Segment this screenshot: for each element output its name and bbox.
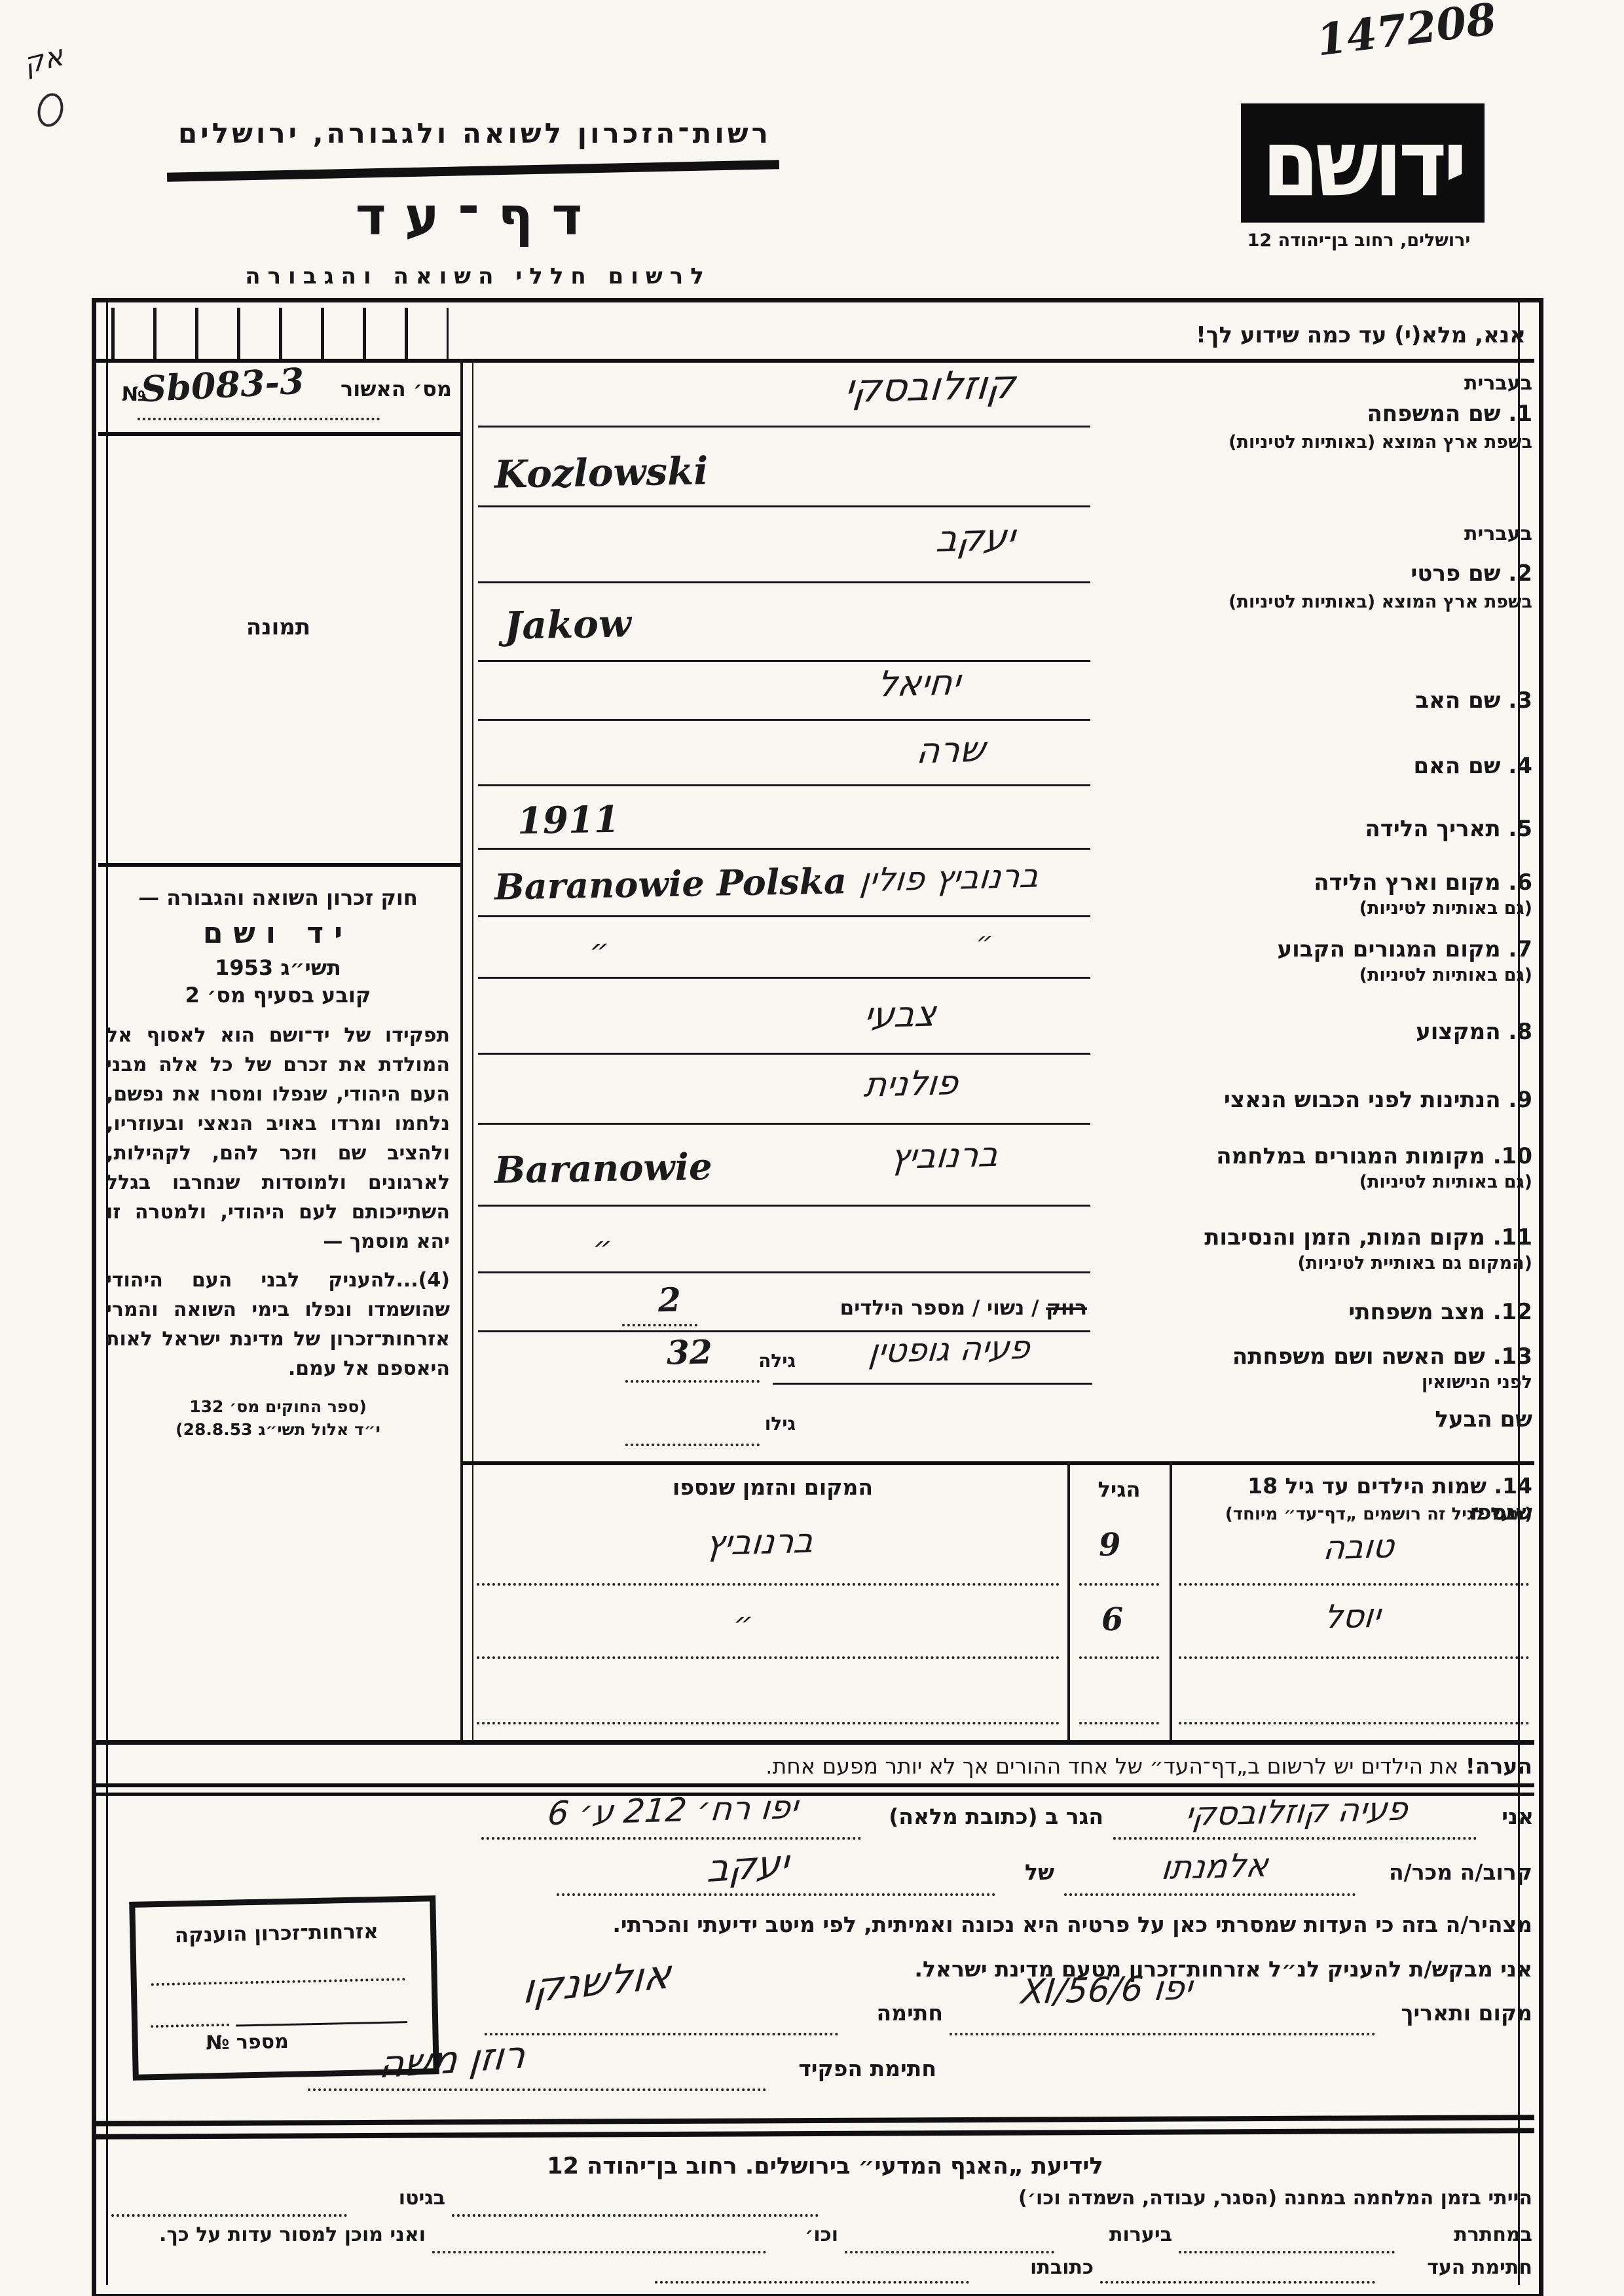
field6-line — [478, 915, 1090, 917]
child1-place-entry: ברנוביץ — [620, 1520, 900, 1566]
field5-entry: 1911 — [517, 798, 619, 843]
field8-entry: צבעי — [862, 993, 938, 1036]
husband-age-label: גילו — [737, 1413, 796, 1435]
field13-age-label: גילה — [737, 1350, 796, 1372]
footer-forests-line — [845, 2251, 1054, 2253]
form-subtitle: לרשום חללי השואה והגבורה — [216, 263, 740, 290]
field13-sub-label: לפני הנישואין — [1103, 1372, 1532, 1394]
field10-hebrew-entry: ברנוביץ — [889, 1135, 1000, 1177]
decl-of-entry: יעקב — [706, 1841, 790, 1891]
footer-witness-signature-line — [1100, 2281, 1375, 2284]
children-note-text: את הילדים יש לרשום ב„דף־העד״ של אחד ההור… — [766, 1753, 1466, 1779]
field3-label: 3. שם האב — [1103, 687, 1532, 714]
children-table-top-line — [462, 1461, 1534, 1465]
field2-hebrew-entry: יעקב — [934, 516, 1017, 560]
field12-option-single: רווק — [1046, 1296, 1087, 1320]
decl-signature-line — [485, 2033, 838, 2035]
child-row1-name-line — [1179, 1583, 1529, 1586]
footer-ghetto-label: בגיטו — [354, 2187, 445, 2211]
field4-entry: שרה — [915, 729, 987, 772]
field2-line-hebrew — [478, 581, 1090, 583]
logo-address: ירושלים, רחוב בן־יהודה 12 — [1205, 230, 1513, 252]
field7-line — [478, 977, 1090, 979]
footer-ready-label: ואני מוכן למסור עדות על כך. — [111, 2223, 426, 2248]
field6-sub-label: (גם באותיות לטיניות) — [1103, 898, 1532, 920]
field9-line — [478, 1123, 1090, 1125]
clerk-signature-line — [308, 2088, 766, 2091]
child-row1-age-line — [1079, 1583, 1159, 1586]
child2-place-entry: ״ — [731, 1605, 754, 1641]
field12-options: רווק / נשוי / מספר הילדים — [694, 1296, 1087, 1321]
field12-label: 12. מצב משפחתי — [1103, 1299, 1532, 1326]
header-divider-line — [96, 359, 1534, 363]
field11-line — [478, 1271, 1090, 1273]
decl-relation-line — [1064, 1893, 1356, 1896]
note-bottom-line-1 — [96, 1783, 1534, 1787]
field11-label: 11. מקום המות, הזמן והנסיבות — [1103, 1224, 1532, 1251]
field7-ditto-entry: ״ — [587, 932, 610, 968]
field13-age-dotted-line — [625, 1380, 760, 1383]
field13-wife-name-entry: פעיה גופטין — [803, 1326, 1096, 1372]
field14-sub-label: (מעל לגיל זה רושמים „דף־עד״ מיוחד) — [1179, 1504, 1532, 1525]
field1-sub-label: בשפת ארץ המוצא (באותיות לטיניות) — [1103, 432, 1532, 454]
decl-statement: מצהיר/ה בזה כי העדות שמסרתי כאן על פרטיה… — [475, 1912, 1532, 1938]
archive-number-handwritten: 147208 — [1314, 0, 1499, 65]
field12-option-rest: / נשוי / מספר הילדים — [840, 1296, 1046, 1320]
footer-underground-line — [1179, 2251, 1395, 2253]
photo-label: תמונה — [196, 614, 360, 641]
approval-row-bottom-line — [98, 432, 462, 436]
column-divider-inner — [472, 359, 473, 1741]
testimony-page-document: 147208 אק רשות־הזכרון לשואה ולגבורה, ירו… — [0, 0, 1624, 2296]
child-row2-place-line — [477, 1656, 1060, 1659]
stamp-number-label: מספר № — [151, 2030, 289, 2057]
corner-scribble-text: אק — [20, 39, 67, 81]
child-row2-name-line — [1179, 1656, 1529, 1659]
law-text-block: חוק זכרון השואה והגבורה — יד ושם תשי״ג 1… — [106, 885, 450, 1441]
memorial-citizenship-stamp-box: אזרחות־זכרון הוענקה מספר № — [129, 1895, 439, 2081]
field8-label: 8. המקצוע — [1103, 1019, 1532, 1046]
field6-label: 6. מקום וארץ הלידה — [1103, 869, 1532, 896]
field12-entry: 2 — [657, 1281, 681, 1320]
field7-label: 7. מקום המגורים הקבוע — [1103, 936, 1532, 963]
law-line-3: תשי״ג 1953 — [106, 955, 450, 980]
field10-line — [478, 1205, 1090, 1207]
law-paragraph-1: תפקידו של יד־ושם הוא לאסוף אל המולדת את … — [106, 1021, 450, 1256]
field9-entry: פולנית — [862, 1063, 960, 1105]
decl-relation-label: קרוב/ה מכר/ה — [1365, 1859, 1532, 1886]
field11-sub-label: (המקום גם באותיית לטיניות) — [1103, 1253, 1532, 1275]
children-table-bottom-line — [96, 1740, 1534, 1745]
form-title: דף־עד — [314, 185, 642, 249]
field13-line — [773, 1383, 1092, 1385]
field10-latin-entry: Baranowie — [494, 1145, 712, 1192]
field2-hebrew-label: בעברית — [1103, 522, 1532, 547]
field1-label: 1. שם המשפחה — [1103, 401, 1532, 428]
field2-line-latin — [478, 660, 1090, 662]
decl-place-date-line — [950, 2033, 1375, 2035]
footer-etc-label: וכו׳ — [773, 2223, 838, 2248]
field1-line-hebrew — [478, 426, 1090, 428]
footer-forests-label: ביערות — [1061, 2223, 1172, 2248]
children-place-column-header: המקום והזמן שנספו — [498, 1474, 1048, 1501]
child1-age-entry: 9 — [1099, 1527, 1121, 1564]
decl-relation-entry: אלמנתו — [1085, 1844, 1345, 1889]
law-reference-line2: י״ד אלול תשי״ג 28.8.53) — [175, 1420, 380, 1439]
field13-age-entry: 32 — [666, 1332, 712, 1372]
photo-box-bottom-line — [98, 863, 462, 867]
footer-title: לידיעת „האגף המדעי״ בירושלים. רחוב בן־יה… — [367, 2153, 1283, 2181]
child2-age-entry: 6 — [1101, 1601, 1124, 1639]
husband-name-label: שם הבעל — [1103, 1406, 1532, 1433]
logo-text: ידושם — [1262, 109, 1464, 217]
law-line-4: קובע בסעיף מס׳ 2 — [106, 983, 450, 1008]
field5-label: 5. תאריך הלידה — [1103, 816, 1532, 843]
children-table-divider-2 — [1170, 1461, 1172, 1740]
child2-name-entry: יוסל — [1255, 1595, 1449, 1638]
field1-line-latin — [478, 505, 1090, 507]
field2-latin-entry: Jakow — [504, 601, 631, 647]
field6-latin-entry: Baranowie Polska — [494, 860, 847, 907]
decl-resides-label: הגר ב (כתובת מלאה) — [868, 1804, 1103, 1830]
footer-address-label: כתובתו — [976, 2256, 1094, 2280]
law-reference: (ספר החוקים מס׳ 132 י״ד אלול תשי״ג 28.8.… — [106, 1395, 450, 1441]
law-line-1: חוק זכרון השואה והגבורה — — [106, 885, 450, 910]
authority-title: רשות־הזכרון לשואה ולגבורה, ירושלים — [164, 117, 786, 150]
field11-ditto-entry: ״ — [591, 1230, 614, 1266]
field1-hebrew-label: בעברית — [1103, 372, 1532, 396]
footer-etc-line — [432, 2251, 766, 2253]
approval-number-line — [138, 418, 380, 420]
decl-place-date-entry: יפו 6/XI/56 — [1020, 1969, 1194, 2013]
column-divider — [460, 359, 463, 1741]
field4-label: 4. שם האם — [1103, 753, 1532, 780]
approval-number-handwritten: Sb083-3 — [139, 360, 304, 410]
field5-line — [478, 848, 1090, 850]
child-row3-name-line — [1179, 1722, 1529, 1724]
law-reference-line1: (ספר החוקים מס׳ 132 — [189, 1397, 367, 1416]
corner-scribble-icon — [34, 90, 66, 130]
field7-sub-label: (גם באותיות לטיניות) — [1103, 965, 1532, 987]
decl-name-line — [1113, 1837, 1477, 1840]
field12-dotted-line — [622, 1324, 697, 1326]
child-row3-age-line — [1079, 1722, 1159, 1724]
footer-underground-label: במחתרת — [1401, 2223, 1532, 2248]
children-note: הערה! את הילדים יש לרשום ב„דף־העד״ של אח… — [210, 1753, 1532, 1779]
decl-address-line — [481, 1837, 861, 1840]
child-row2-age-line — [1079, 1656, 1159, 1659]
field1-hebrew-entry: קוזלובסקי — [770, 360, 1090, 414]
decl-signature-label: חתימה — [845, 2000, 943, 2026]
field2-label: 2. שם פרטי — [1103, 560, 1532, 587]
field1-latin-entry: Kozlowski — [494, 448, 708, 497]
stamp-short-dotted-line — [151, 2024, 229, 2028]
decl-i-label: אני — [1488, 1804, 1534, 1830]
field13-label: 13. שם האשה ושם משפחתה — [1103, 1343, 1532, 1370]
footer-camp-line — [452, 2214, 819, 2217]
field8-line — [478, 1053, 1090, 1055]
field4-line — [478, 784, 1090, 786]
footer-ghetto-line — [111, 2214, 347, 2217]
stamp-dotted-line — [151, 1978, 405, 1986]
yad-vashem-logo: ידושם — [1241, 103, 1485, 223]
field3-entry: יחיאל — [876, 661, 963, 704]
field9-label: 9. הנתינות לפני הכבוש הנאצי — [1103, 1087, 1532, 1114]
husband-age-dotted-line — [625, 1444, 760, 1446]
footer-camp-label: הייתי בזמן המלחמה במחנה (הסגר, עבודה, הש… — [825, 2187, 1532, 2211]
approval-number-label: מס׳ האשור — [314, 376, 452, 402]
decl-of-label: של — [1005, 1859, 1054, 1886]
decl-of-line — [557, 1893, 995, 1896]
footer-witness-signature-label: חתימת העד — [1382, 2256, 1532, 2280]
children-note-bold: הערה! — [1466, 1753, 1532, 1779]
field2-sub-label: בשפת ארץ המוצא (באותיות לטיניות) — [1103, 592, 1532, 613]
field3-line — [478, 719, 1090, 721]
children-table-divider-1 — [1067, 1461, 1070, 1740]
footer-address-line — [655, 2281, 969, 2284]
law-paragraph-2: (4)...להעניק לבני העם היהודי שהושמדו ונפ… — [106, 1266, 450, 1383]
stamp-solid-line — [236, 2021, 407, 2026]
decl-place-date-label: מקום ותאריך — [1388, 2000, 1532, 2026]
stamp-title: אזרחות־זכרון הוענקה — [145, 1919, 408, 1949]
field10-sub-label: (גם באותיות לטיניות) — [1103, 1172, 1532, 1194]
child-row1-place-line — [477, 1583, 1060, 1586]
fill-instruction: אנא, מלא(י) עד כמה שידוע לך! — [1080, 322, 1526, 349]
law-line-2: יד ושם — [106, 917, 450, 950]
clerk-signature-label: חתימת הפקיד — [779, 2056, 936, 2082]
children-age-column-header: הגיל — [1071, 1477, 1167, 1503]
field10-label: 10. מקומות המגורים במלחמה — [1103, 1143, 1532, 1170]
tick-comb — [111, 308, 449, 359]
field7-ditto-entry-2: ״ — [974, 927, 994, 958]
authority-underline — [167, 160, 779, 182]
field6-hebrew-entry: ברנוביץ פולין — [810, 856, 1090, 901]
child-row3-place-line — [477, 1722, 1060, 1724]
child1-name-entry: טובה — [1268, 1525, 1449, 1568]
